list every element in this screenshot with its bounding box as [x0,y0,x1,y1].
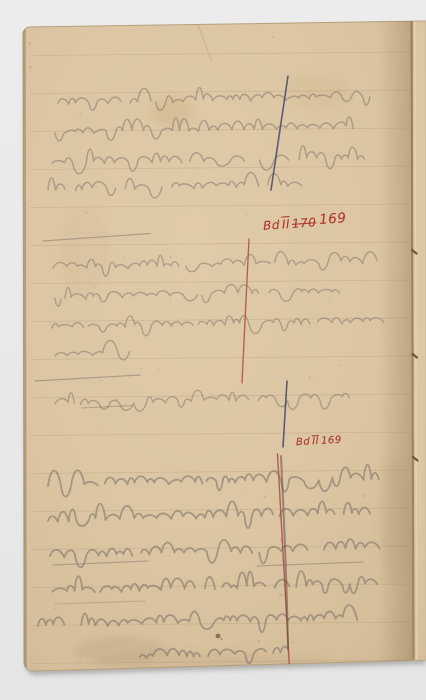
annotation1-book-label: Bd [263,218,281,233]
left-edge-shade [25,30,26,668]
annotation2-book-label: Bd [296,436,311,448]
gutter [378,20,426,662]
annotation2-volume: II [312,436,319,447]
annotation1-struck-page: 170 [291,215,316,231]
scan-background: BdII170169 BdII169 [0,0,426,700]
manuscript-scan [0,0,426,700]
annotation1-volume: II [281,217,290,232]
annotation1-page-number: 169 [319,210,347,228]
annotation2-page-number: 169 [321,435,342,447]
manuscript-page [23,21,426,671]
